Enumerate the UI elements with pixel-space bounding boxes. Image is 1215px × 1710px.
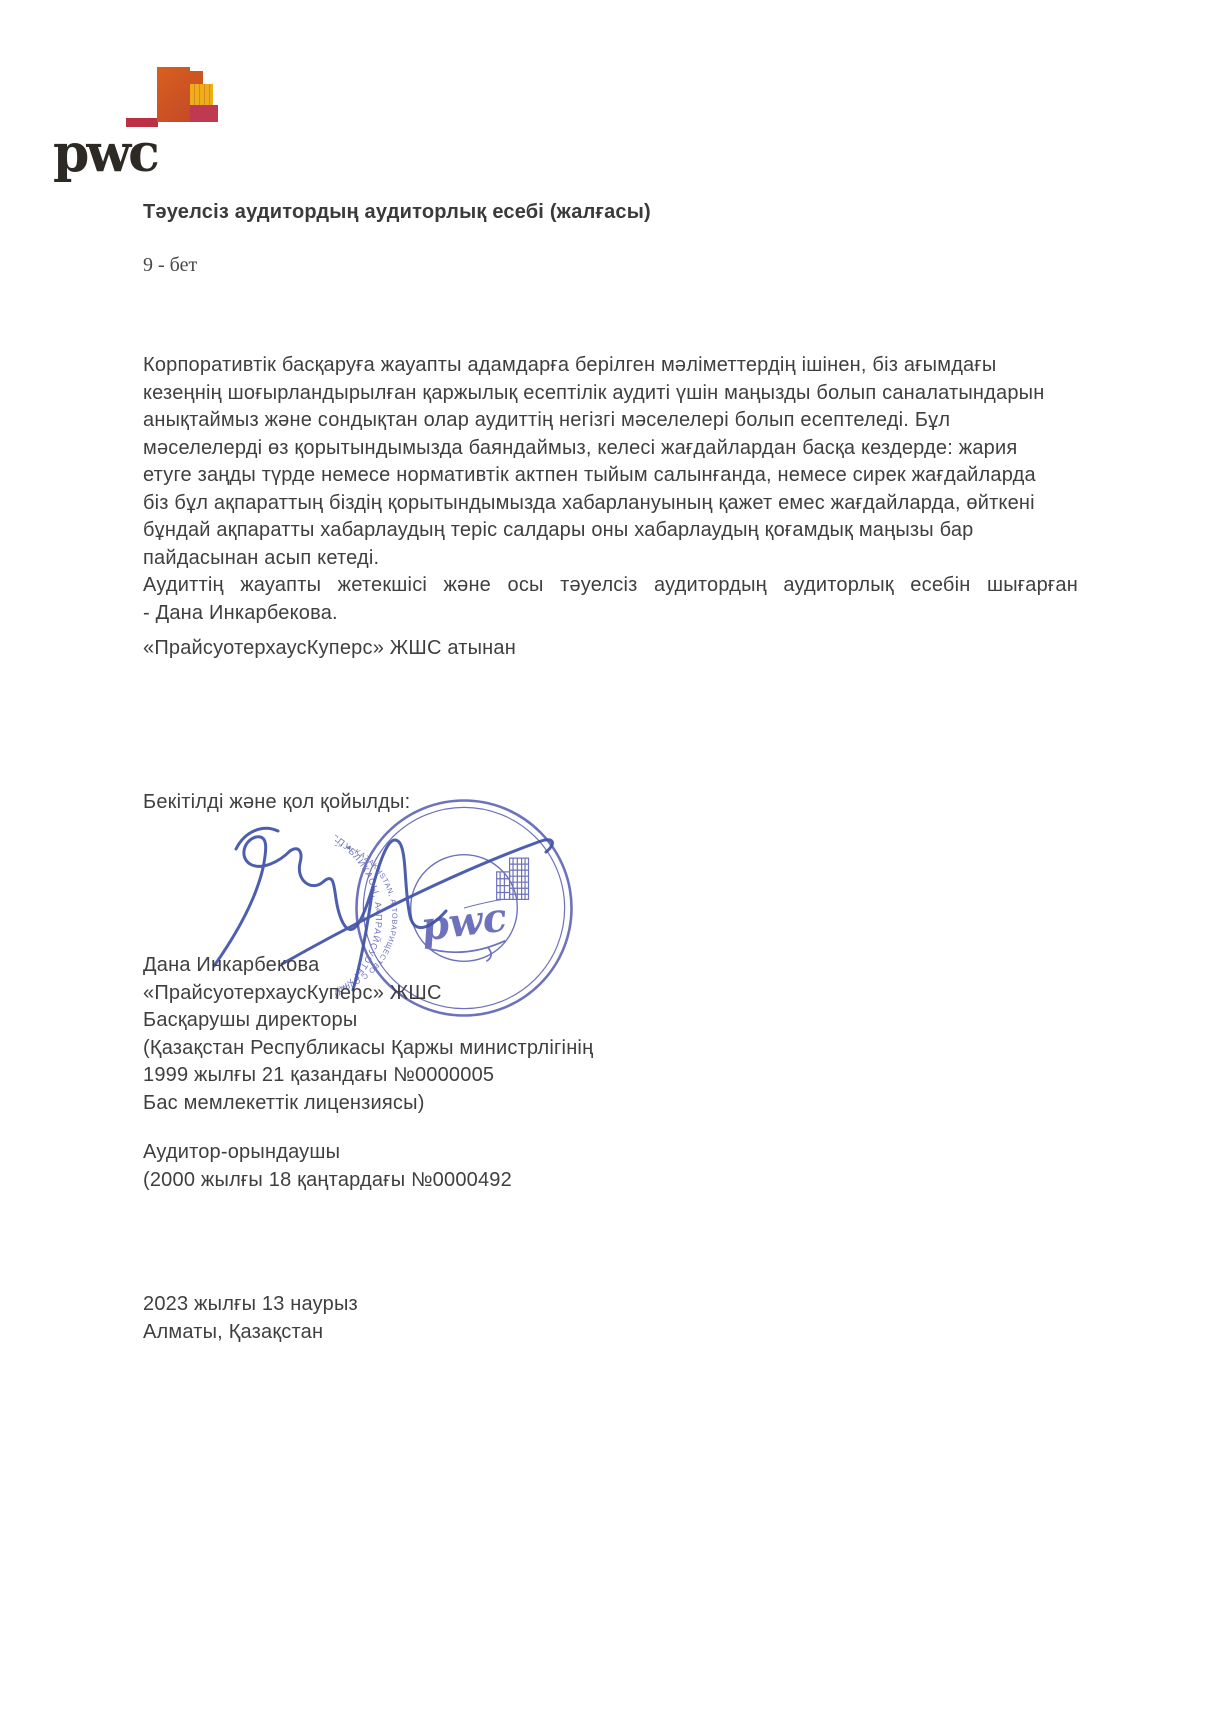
license-line: Бас мемлекеттік лицензиясы): [143, 1090, 593, 1118]
report-location: Алматы, Қазақстан: [143, 1319, 358, 1347]
report-date: 2023 жылғы 13 наурыз: [143, 1291, 358, 1319]
license-line: 1999 жылғы 21 қазандағы №0000005: [143, 1062, 593, 1090]
paragraph-line: Корпоративтік басқаруға жауапты адамдарғ…: [143, 352, 1078, 380]
signatory-block: Дана Инкарбекова «ПрайсуотерхаусКуперс» …: [143, 952, 593, 1117]
report-title: Тәуелсіз аудитордың аудиторлық есебі (жа…: [143, 201, 1043, 224]
paragraph-line: біз бұл ақпараттың біздің қорытындымызда…: [143, 490, 1078, 518]
paragraph-line: пайдасынан асып кетеді.: [143, 545, 1078, 573]
paragraph-line: етуге заңды түрде немесе нормативтік акт…: [143, 462, 1078, 490]
paragraph-line: - Дана Инкарбекова.: [143, 600, 1078, 628]
page-number: 9 - бет: [143, 254, 197, 277]
pwc-wordmark: pwc: [53, 128, 157, 180]
signatory-role: Басқарушы директоры: [143, 1007, 593, 1035]
paragraph-line: Аудиттің жауапты жетекшісі және осы тәуе…: [143, 572, 1078, 600]
signatory-name: Дана Инкарбекова: [143, 952, 593, 980]
on-behalf-line: «ПрайсуотерхаусКуперс» ЖШС атынан: [143, 637, 516, 660]
engagement-partner-paragraph: Аудиттің жауапты жетекшісі және осы тәуе…: [143, 572, 1078, 627]
paragraph-line: мәселелерді өз қорытындымызда баяндаймыз…: [143, 435, 1078, 463]
pwc-logo-step-block: [190, 71, 203, 84]
pwc-logo-red-block: [190, 105, 218, 122]
main-paragraph: Корпоративтік басқаруға жауапты адамдарғ…: [143, 352, 1078, 572]
paragraph-line: бұндай ақпаратты хабарлаудың теріс салда…: [143, 517, 1078, 545]
pwc-logo-yellow-block: [190, 84, 213, 105]
paragraph-line: кезеңнің шоғырландырылған қаржылық есепт…: [143, 380, 1078, 408]
auditor-license: (2000 жылғы 18 қаңтардағы №0000492: [143, 1166, 512, 1194]
auditor-block: Аудитор-орындаушы (2000 жылғы 18 қаңтард…: [143, 1138, 512, 1194]
date-location-block: 2023 жылғы 13 наурыз Алматы, Қазақстан: [143, 1291, 358, 1346]
signatory-company: «ПрайсуотерхаусКуперс» ЖШС: [143, 980, 593, 1008]
auditor-role: Аудитор-орындаушы: [143, 1138, 512, 1166]
scanned-audit-report-page: pwc Тәуелсіз аудитордың аудиторлық есебі…: [0, 0, 1215, 1710]
pwc-logo-orange-block: [157, 67, 190, 122]
paragraph-line: анықтаймыз және сондықтан олар аудиттің …: [143, 407, 1078, 435]
license-line: (Қазақстан Республикасы Қаржы министрліг…: [143, 1035, 593, 1063]
